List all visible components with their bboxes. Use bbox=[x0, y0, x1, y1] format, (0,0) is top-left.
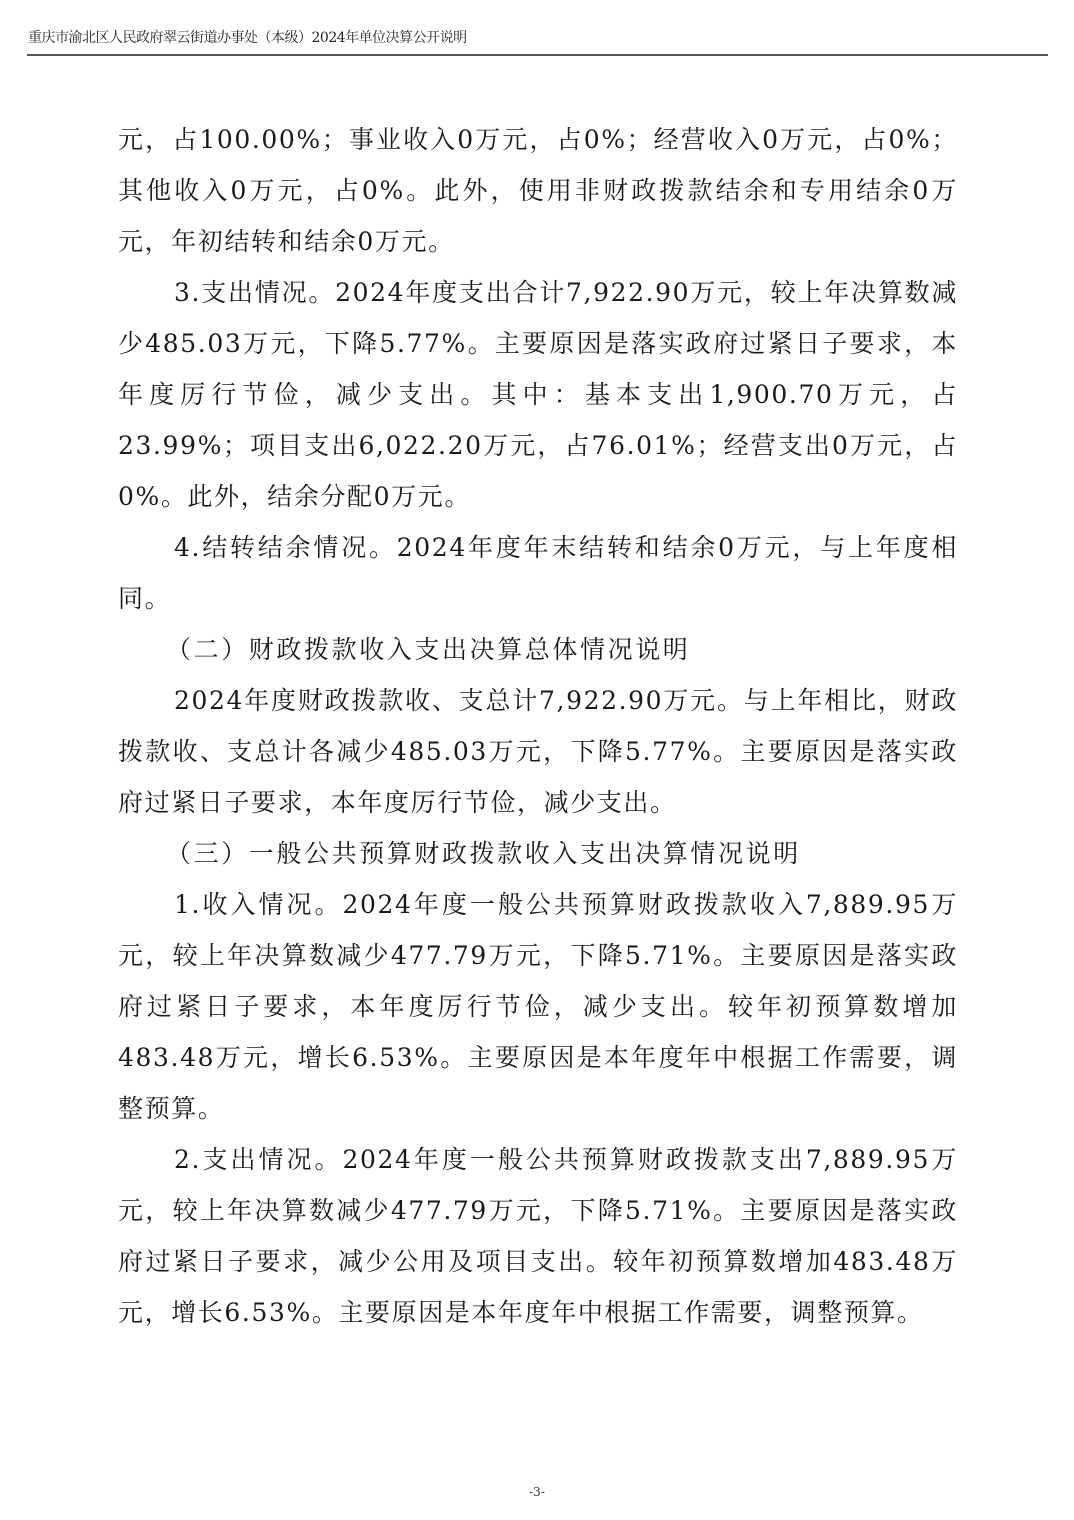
paragraph-gpb-income: 1.收入情况。2024年度一般公共预算财政拨款收入7,889.95万元，较上年决… bbox=[118, 879, 958, 1134]
section-heading-fiscal-appropriation: （二）财政拨款收入支出决算总体情况说明 bbox=[118, 624, 958, 675]
header-divider bbox=[27, 54, 1048, 56]
paragraph-gpb-expenditure: 2.支出情况。2024年度一般公共预算财政拨款支出7,889.95万元，较上年决… bbox=[118, 1134, 958, 1338]
document-title: 重庆市渝北区人民政府翠云街道办事处（本级）2024年单位决算公开说明 bbox=[27, 28, 1047, 48]
paragraph-expenditure: 3.支出情况。2024年度支出合计7,922.90万元，较上年决算数减少485.… bbox=[118, 267, 958, 522]
page-number: -3- bbox=[0, 1485, 1074, 1499]
page-header: 重庆市渝北区人民政府翠云街道办事处（本级）2024年单位决算公开说明 bbox=[27, 28, 1047, 56]
section-heading-general-public-budget: （三）一般公共预算财政拨款收入支出决算情况说明 bbox=[118, 828, 958, 879]
paragraph-fiscal-appropriation-total: 2024年度财政拨款收、支总计7,922.90万元。与上年相比，财政拨款收、支总… bbox=[118, 675, 958, 828]
paragraph-carryover: 4.结转结余情况。2024年度年末结转和结余0万元，与上年度相同。 bbox=[118, 522, 958, 624]
paragraph-income-continuation: 元，占100.00%；事业收入0万元，占0%；经营收入0万元，占0%；其他收入0… bbox=[118, 114, 958, 267]
document-body: 元，占100.00%；事业收入0万元，占0%；经营收入0万元，占0%；其他收入0… bbox=[118, 114, 958, 1338]
